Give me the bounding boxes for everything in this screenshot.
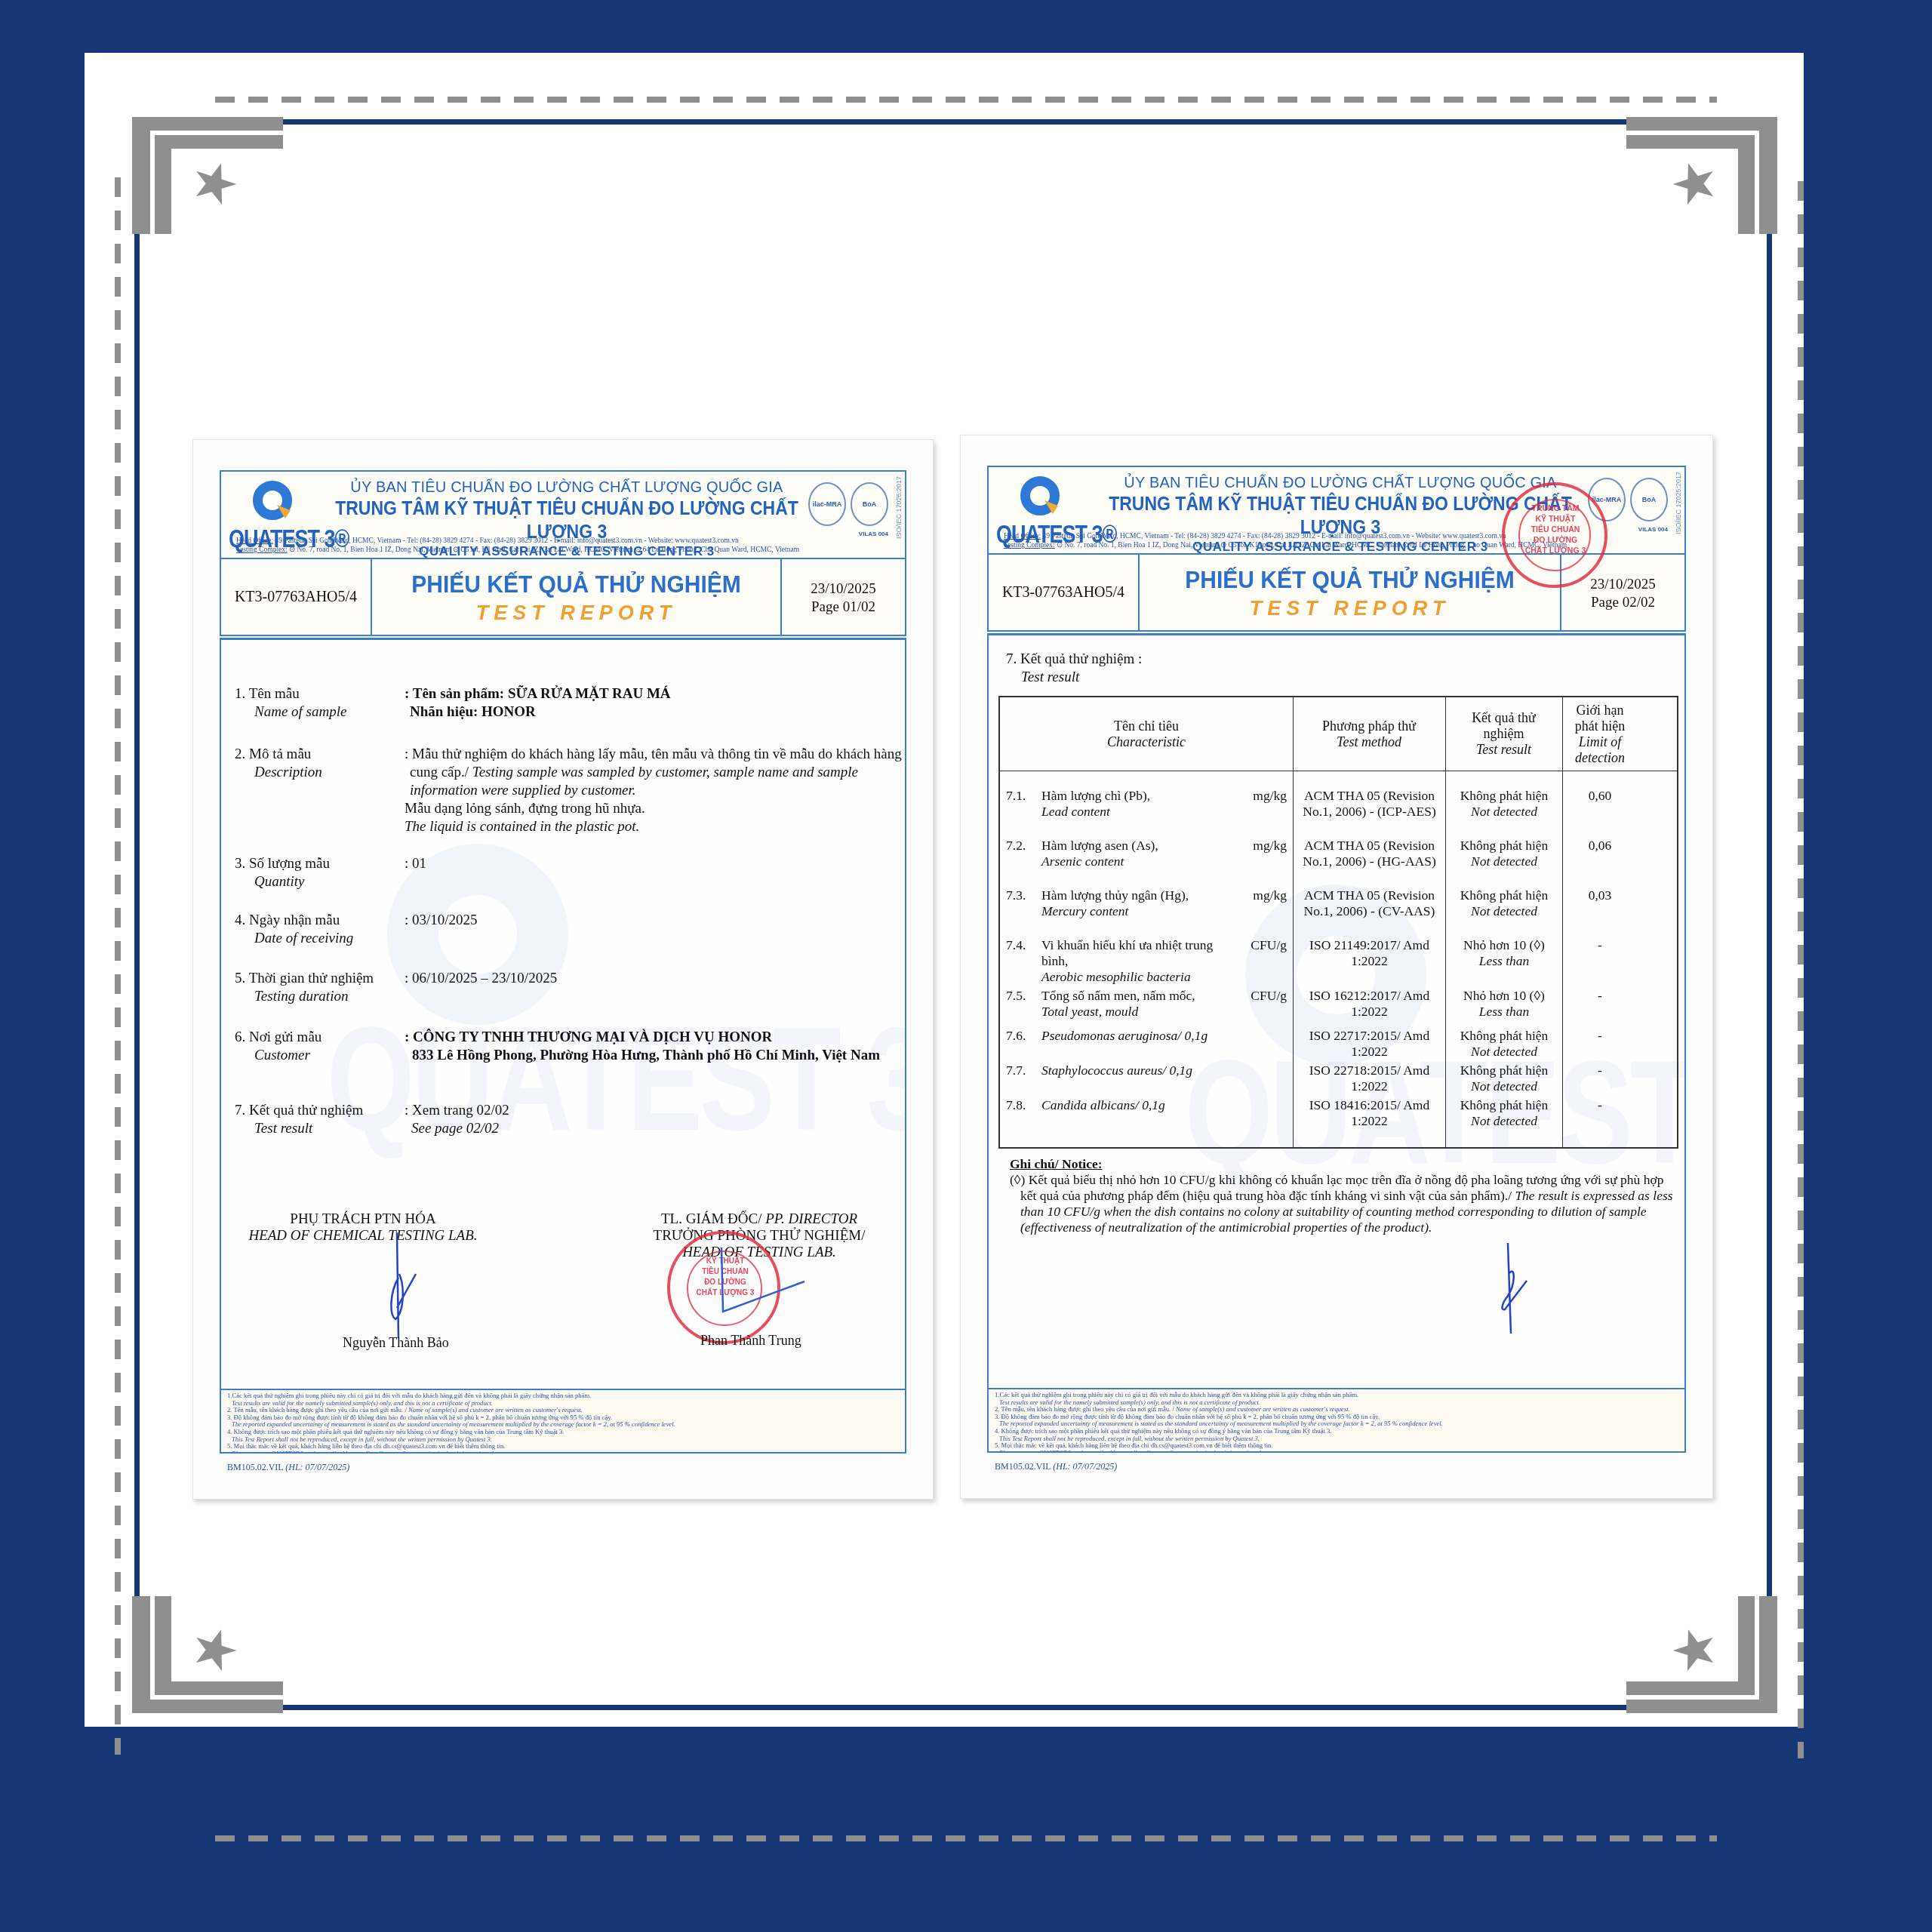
report-number: KT3-07763AHO5/4 (989, 555, 1140, 630)
corner-ornament-top-left (132, 117, 283, 238)
field-quantity: 3. Số lượng mẫuQuantity : 01 (235, 855, 918, 893)
form-code: BM105.02.VIL (HL: 07/07/2025) (995, 1461, 1117, 1472)
title-vi: PHIẾU KẾT QUẢ THỬ NGHIỆM (372, 572, 780, 599)
results-table-header: Tên chỉ tiêuCharacteristic Phương pháp t… (1000, 697, 1677, 771)
field-testing-duration: 5. Thời gian thử nghiệmTesting duration … (235, 970, 918, 1008)
field-customer: 6. Nơi gửi mẫuCustomer : CÔNG TY TNHH TH… (235, 1029, 918, 1085)
results-table: Tên chỉ tiêuCharacteristic Phương pháp t… (998, 696, 1678, 1149)
field-date-receiving: 4. Ngày nhận mẫuDate of receiving : 03/1… (235, 912, 918, 949)
field-sample-name: 1. Tên mẫuName of sample : Tên sản phẩm:… (235, 685, 918, 723)
org-line-1: ỦY BAN TIÊU CHUẨN ĐO LƯỜNG CHẤT LƯỢNG QU… (312, 479, 822, 497)
signature-page2 (1493, 1243, 1538, 1334)
title-en: TEST REPORT (372, 601, 780, 625)
page-number: Page 02/02 (1561, 594, 1684, 612)
star-icon (1668, 1623, 1720, 1674)
ilac-mra-badge-icon: ilac-MRA (808, 482, 846, 526)
page-number: Page 01/02 (782, 598, 905, 617)
corner-ornament-bottom-right (1626, 1592, 1777, 1713)
official-stamp-icon: TRUNG TÂMKỸ THUẬTTIÊU CHUẨNĐO LƯỜNGCHẤT … (1502, 482, 1607, 588)
section-test-result: 7. Kết quả thử nghiệm : Test result (1006, 651, 1142, 687)
dashed-border-bottom (215, 1835, 1717, 1841)
footer-notes: 1.Các kết quả thử nghiệm ghi trong phiếu… (987, 1388, 1686, 1453)
dashed-border-left (115, 177, 121, 1755)
dashed-border-right (1798, 181, 1804, 1758)
test-report-page-2: QUATEST 3® ỦY BAN TIÊU CHUẨN ĐO LƯỜNG CH… (960, 435, 1713, 1499)
report-date: 23/10/2025 (782, 580, 905, 598)
test-report-page-1: QUATEST 3® ỦY BAN TIÊU CHUẨN ĐO LƯỜNG CH… (192, 439, 934, 1500)
field-test-result: 7. Kết quả thử nghiệmTest result : Xem t… (235, 1102, 918, 1140)
signatory-left: PHỤ TRÁCH PTN HÓA HEAD OF CHEMICAL TESTI… (238, 1211, 488, 1244)
dashed-border-top (215, 97, 1717, 103)
footer-notes: 1.Các kết quả thử nghiệm ghi trong phiếu… (220, 1389, 906, 1454)
address-lines: Head Office: 49 Pasteur, Sai Gon Ward, H… (236, 537, 897, 555)
signature-left (382, 1232, 427, 1338)
field-description: 2. Mô tả mẫuDescription : Mẫu thử nghiệm… (235, 746, 918, 836)
iso-label: ISO/IEC 17025:2017 (895, 476, 903, 539)
star-icon (189, 157, 241, 208)
star-icon (189, 1623, 241, 1674)
star-icon (1668, 157, 1720, 208)
report-header: QUATEST 3® ỦY BAN TIÊU CHUẨN ĐO LƯỜNG CH… (987, 466, 1686, 632)
form-code: BM105.02.VIL (HL: 07/07/2025) (227, 1462, 349, 1473)
corner-ornament-top-right (1626, 117, 1777, 238)
corner-ornament-bottom-left (132, 1592, 283, 1713)
boa-badge-icon: BoA (851, 482, 888, 526)
signature-right (706, 1247, 812, 1323)
notice: Ghi chú/ Notice: (◊) Kết quả biểu thị nh… (1010, 1156, 1682, 1235)
report-header: QUATEST 3® ỦY BAN TIÊU CHUẨN ĐO LƯỜNG CH… (220, 470, 906, 636)
signatory-left-name: Nguyễn Thành Bảo (343, 1335, 449, 1351)
signatory-right-name: Phan Thành Trung (700, 1333, 801, 1349)
report-number: KT3-07763AHO5/4 (221, 559, 372, 635)
boa-badge-icon: BoA (1630, 478, 1668, 521)
